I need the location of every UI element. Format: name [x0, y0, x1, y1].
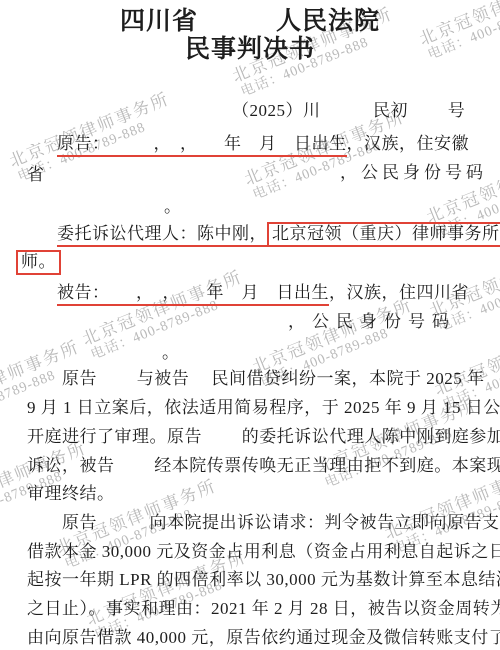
body-line: 由向原告借款 40,000 元，原告依约通过现金及微信转账支付了 — [27, 627, 500, 648]
plaintiff-address-line: 省 — [27, 164, 45, 185]
defendant-line-rest: ，汉族，住四川省 — [329, 283, 469, 302]
red-underline-annotation: 原告： ， ， 年 月 日出生 — [57, 134, 347, 157]
plaintiff-id-label: ，公民身份号码 — [340, 162, 487, 183]
case-number: （2025）川 民初 号 — [232, 100, 465, 121]
red-box-annotation: 师。 — [16, 250, 61, 275]
plaintiff-end-mark: 。 — [164, 196, 182, 217]
defendant-line: 被告： ， ， 年 月 日出生，汉族，住四川省 — [57, 282, 469, 303]
court-title-line: 四川省 人民法院 — [0, 6, 500, 37]
red-underline-annotation: 委托诉讼代理人：陈中刚， — [57, 224, 267, 247]
plaintiff-line-rest: ，汉族，住安徽 — [347, 134, 470, 153]
agent-line: 委托诉讼代理人：陈中刚，北京冠领（重庆）律师事务所律 — [57, 223, 500, 244]
plaintiff-line: 原告： ， ， 年 月 日出生，汉族，住安徽 — [57, 133, 469, 154]
defendant-end-mark: 。 — [162, 342, 180, 363]
body-line: 原告 与被告 民间借贷纠纷一案，本院于 2025 年 — [62, 368, 485, 389]
watermark-firm-name: 北京冠领律师事务所 — [7, 89, 173, 171]
body-line: 9 月 1 日立案后，依法适用简易程序，于 2025 年 9 月 15 日公开 — [27, 397, 500, 418]
watermark-firm-name: 北京冠领律师事务所 — [250, 295, 416, 377]
watermark-firm-name: 北京冠领律师事务所 — [424, 145, 500, 227]
document-type-title: 民事判决书 — [0, 34, 500, 65]
watermark-firm-name: 北京冠领律师事务所 — [427, 239, 500, 321]
body-line: 开庭进行了审理。原告 的委托诉讼代理人陈中刚到庭参加 — [27, 426, 500, 447]
red-underline-annotation: 被告： ， ， 年 月 日出生 — [57, 283, 329, 306]
body-line: 原告 向本院提出诉讼请求：判令被告立即向原告支付 — [62, 512, 500, 533]
body-line: 借款本金 30,000 元及资金占用利息（资金占用利息自起诉之日 — [27, 541, 500, 562]
body-line: 起按一年期 LPR 的四倍利率以 30,000 元为基数计算至本息结清 — [27, 569, 500, 590]
judgment-document-page: 北京冠领律师事务所电话：400-8789-888 北京冠领律师事务所电话：400… — [0, 0, 500, 650]
watermark-firm-name: 北京冠领律师事务所 — [80, 267, 246, 349]
defendant-id-label: ，公民身份号码 — [288, 311, 456, 332]
red-box-annotation: 北京冠领（重庆）律师事务所律 — [267, 222, 500, 247]
watermark-firm-name: 北京冠领律师事务所 — [0, 438, 89, 520]
agent-line-wrap: 师。 — [16, 251, 61, 272]
body-line: 诉讼，被告 经本院传票传唤无正当理由拒不到庭。本案现已 — [27, 455, 500, 476]
body-line: 审理终结。 — [27, 483, 115, 504]
body-line: 之日止）。事实和理由：2021 年 2 月 28 日，被告以资金周转为 — [27, 598, 500, 619]
